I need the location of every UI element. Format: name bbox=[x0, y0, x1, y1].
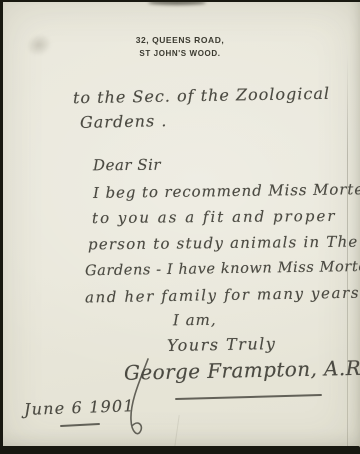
body-line-1: I beg to recommend Miss Morten bbox=[93, 182, 360, 201]
salutation: Dear Sir bbox=[93, 158, 161, 174]
paper-crease-right bbox=[347, 55, 348, 454]
signature-underline bbox=[175, 394, 322, 400]
signature: George Frampton, A.R.A bbox=[124, 357, 360, 382]
body-line-5: and her family for many years. bbox=[85, 286, 360, 306]
scan-edge-left bbox=[0, 0, 3, 454]
body-line-2: to you as a fit and proper bbox=[92, 209, 337, 226]
addressee-line-1: to the Sec. of the Zoological bbox=[73, 86, 330, 106]
scan-edge-bottom bbox=[0, 446, 360, 454]
closing-line-2: Yours Truly bbox=[167, 336, 277, 354]
scanned-letter: 32, QUEENS ROAD, ST JOHN'S WOOD. to the … bbox=[0, 0, 360, 454]
addressee-line-2: Gardens . bbox=[80, 113, 168, 131]
date: June 6 1901 bbox=[24, 398, 135, 418]
scan-edge-top-smudge bbox=[148, 0, 206, 5]
letterhead-address-line1: 32, QUEENS ROAD, bbox=[0, 35, 360, 45]
body-line-4: Gardens - I have known Miss Morten bbox=[85, 260, 360, 279]
letterhead-address-line2: ST JOHN'S WOOD. bbox=[0, 49, 360, 58]
date-underline bbox=[60, 423, 100, 427]
body-line-3: person to study animals in The bbox=[88, 235, 359, 253]
closing-line-1: I am, bbox=[173, 313, 217, 328]
letterhead: 32, QUEENS ROAD, ST JOHN'S WOOD. bbox=[0, 35, 360, 58]
